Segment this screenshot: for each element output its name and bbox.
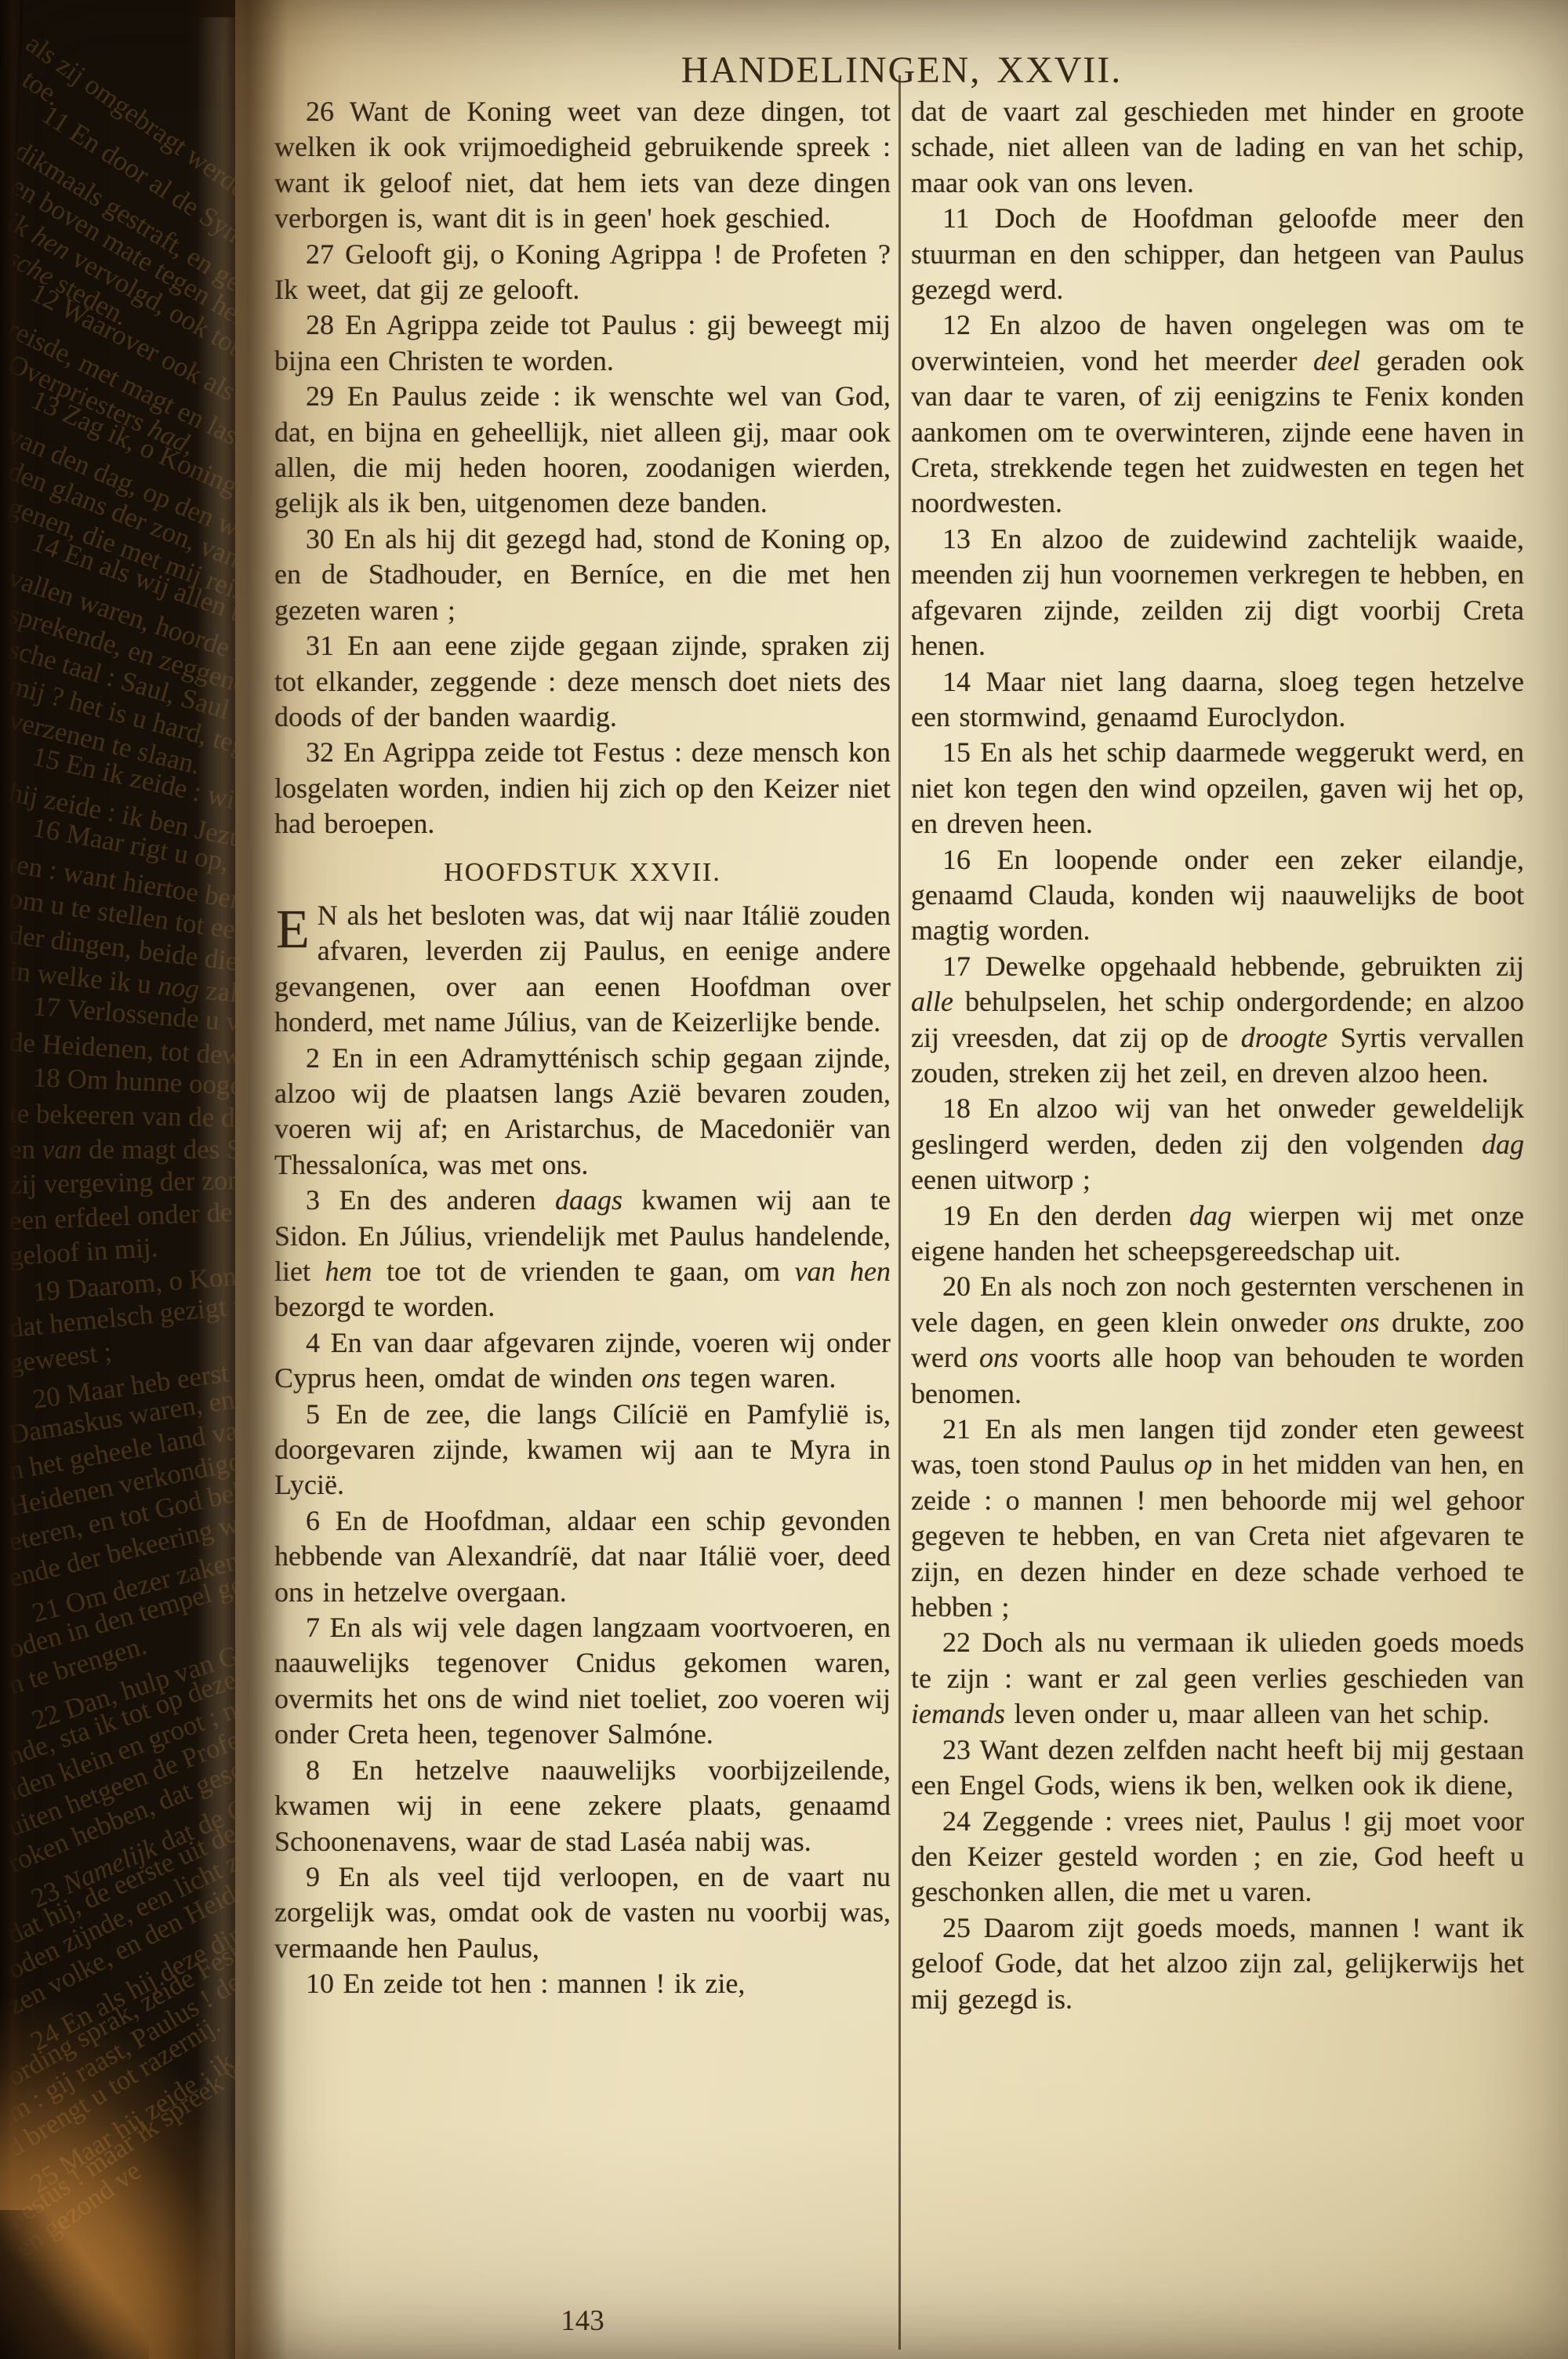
book-photo: als zij omgebragt werden, btoe.11 En doo…	[0, 0, 1568, 2359]
verse-2: 2 En in een Adramytténisch schip gegaan …	[274, 1041, 891, 1183]
verse-11: 11 Doch de Hoofdman geloofde meer den st…	[911, 201, 1524, 307]
verse-number: 30	[306, 523, 334, 554]
verse-number: 7	[306, 1612, 320, 1643]
curl-text-fragment: zij vergeving der zonden o	[9, 1162, 260, 1201]
verse-15: 15 En als het schip daarmede weggerukt w…	[911, 735, 1524, 841]
verse-27: 27 Gelooft gij, o Koning Agrippa ! de Pr…	[274, 237, 891, 308]
verse-9: 9 En als veel tijd verloopen, en de vaar…	[274, 1859, 891, 1966]
verse-number: 3	[306, 1184, 320, 1216]
verse-number: 6	[306, 1505, 320, 1536]
text-column-right: dat de vaart zal geschieden met hinder e…	[911, 94, 1524, 2017]
verse-number: 13	[942, 523, 971, 554]
verse-6: 6 En de Hoofdman, aldaar een schip gevon…	[274, 1503, 891, 1610]
curl-text-fragment: en van de magt des Satans	[9, 1134, 260, 1165]
verse-14: 14 Maar niet lang daarna, sloeg tegen he…	[911, 664, 1524, 736]
verse-18: 18 En alzoo wij van het onweder geweldel…	[911, 1091, 1524, 1198]
verse-number: 22	[942, 1627, 971, 1658]
verse-number: 29	[306, 380, 334, 412]
verse-number: 24	[942, 1805, 971, 1837]
verse-25: 25 Daarom zijt goeds moeds, mannen ! wan…	[911, 1910, 1524, 2017]
previous-page-curl: als zij omgebragt werden, btoe.11 En doo…	[0, 17, 260, 2359]
verse-number: 27	[306, 238, 334, 270]
verse-number: 28	[306, 309, 334, 340]
verse-29: 29 En Paulus zeide : ik wenschte wel van…	[274, 379, 891, 522]
verse-number: 8	[306, 1754, 320, 1786]
verse-number: 16	[942, 844, 971, 875]
spine-shadow	[0, 0, 24, 2359]
verse-3: 3 En des anderen daags kwamen wij aan te…	[274, 1183, 891, 1325]
verse-continuation: dat de vaart zal geschieden met hinder e…	[911, 94, 1524, 201]
verse-4: 4 En van daar afgevaren zijnde, voeren w…	[274, 1325, 891, 1397]
verse-22: 22 Doch als nu vermaan ik ulieden goeds …	[911, 1625, 1524, 1732]
verse-26: 26 Want de Koning weet van deze dingen, …	[274, 94, 891, 237]
verse-13: 13 En alzoo de zuidewind zachtelijk waai…	[911, 522, 1524, 664]
bible-page: HANDELINGEN, XXVII. 26 Want de Koning we…	[235, 0, 1568, 2359]
verse-number: 9	[306, 1861, 320, 1892]
verse-number: 12	[942, 309, 971, 340]
verse-number: 21	[942, 1413, 971, 1445]
verse-17: 17 Dewelke opgehaald hebbende, gebruikte…	[911, 949, 1524, 1092]
verse-number: 20	[942, 1270, 971, 1302]
verse-1: EN als het besloten was, dat wij naar It…	[274, 898, 891, 1041]
verse-number: 19	[942, 1200, 971, 1231]
chapter-heading: HOOFDSTUK XXVII.	[274, 855, 891, 890]
verse-number: 4	[306, 1327, 320, 1358]
verse-number: 17	[942, 951, 971, 982]
curl-text-fragment: te bekeeren van de duister	[9, 1098, 260, 1136]
verse-number: 18	[942, 1092, 971, 1124]
verse-number: 14	[942, 666, 971, 697]
drop-cap: E	[274, 898, 318, 959]
verse-8: 8 En hetzelve naauwelijks voorbijzeilend…	[274, 1753, 891, 1859]
verse-20: 20 En als noch zon noch gesternten versc…	[911, 1269, 1524, 1412]
page-number: 143	[274, 2304, 891, 2338]
column-divider-rule	[898, 75, 901, 2350]
verse-number: 2	[306, 1042, 320, 1074]
verse-number: 5	[306, 1398, 320, 1430]
verse-21: 21 En als men langen tijd zonder eten ge…	[911, 1412, 1524, 1625]
running-header: HANDELINGEN, XXVII.	[235, 49, 1568, 92]
verse-10: 10 En zeide tot hen : mannen ! ik zie,	[274, 1966, 891, 2001]
verse-number: 10	[306, 1968, 334, 1999]
verse-number: 32	[306, 736, 334, 768]
verse-number: 26	[306, 96, 334, 127]
verse-30: 30 En als hij dit gezegd had, stond de K…	[274, 522, 891, 628]
text-column-left: 26 Want de Koning weet van deze dingen, …	[274, 94, 891, 2002]
verse-31: 31 En aan eene zijde gegaan zijnde, spra…	[274, 628, 891, 735]
verse-number: 11	[942, 202, 970, 234]
verse-12: 12 En alzoo de haven ongelegen was om te…	[911, 307, 1524, 521]
verse-number: 25	[942, 1912, 971, 1943]
verse-number: 15	[942, 736, 971, 768]
verse-16: 16 En loopende onder een zeker eilandje,…	[911, 842, 1524, 949]
verse-number: 31	[306, 630, 334, 661]
verse-28: 28 En Agrippa zeide tot Paulus : gij bew…	[274, 307, 891, 379]
verse-24: 24 Zeggende : vrees niet, Paulus ! gij m…	[911, 1804, 1524, 1910]
verse-7: 7 En als wij vele dagen langzaam voortvo…	[274, 1610, 891, 1753]
verse-19: 19 En den derden dag wierpen wij met onz…	[911, 1198, 1524, 1270]
verse-23: 23 Want dezen zelfden nacht heeft bij mi…	[911, 1732, 1524, 1804]
verse-5: 5 En de zee, die langs Cilícië en Pamfyl…	[274, 1397, 891, 1503]
verse-number: 23	[942, 1734, 971, 1765]
verse-32: 32 En Agrippa zeide tot Festus : deze me…	[274, 735, 891, 841]
